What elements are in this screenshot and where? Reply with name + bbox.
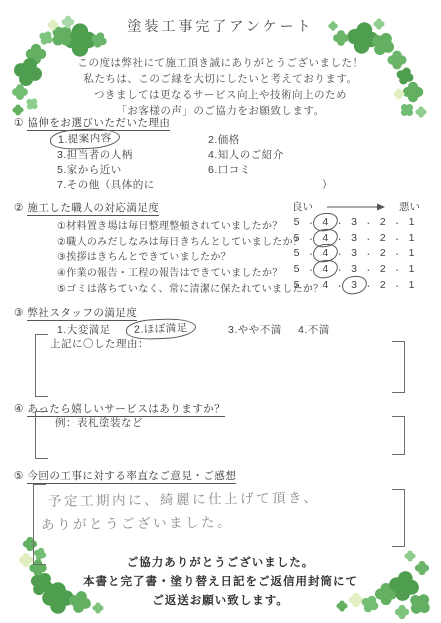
q1-option-5: 5.家から近い	[57, 162, 122, 177]
rating-value: 2	[376, 263, 389, 276]
rating-value: 2	[376, 247, 389, 260]
rating-scale: 5・4・3・2・1	[290, 232, 418, 245]
q3-option-4: 4.不満	[298, 322, 330, 337]
rating-value: 1	[405, 279, 418, 292]
rating-value-selected: 4	[319, 247, 332, 260]
handwritten-comment-line: ありがとうございました。	[41, 511, 233, 534]
scale-dot: ・	[363, 216, 373, 229]
bad-label: 悪い	[399, 199, 420, 214]
rating-value: 3	[348, 263, 361, 276]
rating-question: ⑤ゴミは落ちていなく、常に清潔に保たれていましたか？	[57, 280, 323, 295]
rating-value: 1	[405, 232, 418, 245]
rating-value-selected: 4	[319, 263, 332, 276]
scale-dot: ・	[363, 247, 373, 260]
handwritten-comment-line: 予定工期内に、綺麗に仕上げて頂き、	[48, 486, 320, 510]
rating-value-selected: 4	[319, 216, 332, 229]
answer-bracket-left	[35, 334, 48, 397]
rating-value: 5	[290, 232, 303, 245]
good-label: 良い	[292, 199, 313, 214]
scale-dot: ・	[392, 279, 402, 292]
q1-option-3: 3.担当者の人柄	[57, 147, 133, 162]
rating-value: 1	[405, 263, 418, 276]
rating-question: ②職人のみだしなみは毎日きちんとしていましたか？	[57, 233, 303, 248]
section-5-heading: ⑤ 今回の工事に対する率直なご意見・ご感想	[14, 468, 236, 483]
rating-value: 5	[290, 263, 303, 276]
q1-option-1: 1.提案内容	[57, 132, 113, 146]
q3-option-1: 1.大変満足	[57, 322, 111, 337]
rating-scale: 5・4・3・2・1	[290, 279, 418, 292]
rating-scale: 5・4・3・2・1	[290, 263, 418, 276]
section-2-heading: ② 施工した職人の対応満足度	[14, 200, 159, 215]
rating-value-selected: 3	[348, 279, 361, 292]
rating-scale: 5・4・3・2・1	[290, 216, 418, 229]
rating-value: 2	[376, 216, 389, 229]
scale-dot: ・	[363, 263, 373, 276]
section-4-number: ④	[14, 403, 24, 415]
rating-value: 2	[376, 279, 389, 292]
rating-value: 5	[290, 216, 303, 229]
scale-dot: ・	[392, 263, 402, 276]
q1-option-7: 7.その他（具体的に	[57, 177, 155, 192]
rating-value: 3	[348, 216, 361, 229]
rating-value: 1	[405, 216, 418, 229]
rating-scale: 5・4・3・2・1	[290, 247, 418, 260]
rating-value: 5	[290, 247, 303, 260]
rating-value: 1	[405, 247, 418, 260]
page-title: 塗装工事完了アンケート	[0, 16, 441, 36]
section-3-heading: ③ 弊社スタッフの満足度	[14, 305, 137, 320]
answer-bracket-right	[392, 341, 405, 393]
scale-dot: ・	[392, 247, 402, 260]
rating-value: 2	[376, 232, 389, 245]
section-1-number: ①	[14, 117, 24, 129]
scale-dot: ・	[306, 279, 316, 292]
intro-line: 私たちは、このご縁を大切にしたいと考えております。	[0, 71, 441, 87]
scale-dot: ・	[392, 216, 402, 229]
footer-line: ご協力ありがとうございました。	[0, 554, 441, 570]
q3-reason-label: 上記に〇した理由：	[50, 336, 149, 351]
rating-question: ①材料置き場は毎日整理整頓されていましたか？	[57, 217, 283, 232]
scale-dot: ・	[392, 232, 402, 245]
intro-line: この度は弊社にて施工頂き誠にありがとうございました！	[0, 55, 441, 71]
q1-option-2: 2.価格	[208, 132, 240, 147]
q1-other-close-paren: ）	[322, 177, 333, 192]
answer-bracket-right	[392, 416, 405, 455]
section-5-number: ⑤	[14, 470, 24, 482]
rating-question: ③挨拶はきちんとできていましたか？	[57, 248, 231, 263]
rating-scale-header: 良い 悪い	[292, 199, 420, 214]
rating-value: 4	[319, 279, 332, 292]
q1-option-6: 6.口コミ	[208, 162, 251, 177]
survey-sheet: 塗装工事完了アンケート この度は弊社にて施工頂き誠にありがとうございました！ 私…	[0, 0, 441, 623]
section-2-number: ②	[14, 202, 24, 214]
answer-bracket-right	[392, 489, 405, 547]
footer-line: ご返送お願い致します。	[0, 592, 441, 608]
rating-question: ④作業の報告・工程の報告はできていましたか？	[57, 264, 283, 279]
intro-line: つきましては更なるサービス向上や技術向上のため	[0, 87, 441, 103]
good-to-bad-arrow-icon	[327, 202, 385, 212]
q4-example: 例：表札塗装など	[55, 415, 143, 430]
q1-option-4: 4.知人のご紹介	[208, 147, 284, 162]
scale-dot: ・	[363, 232, 373, 245]
rating-value: 3	[348, 232, 361, 245]
intro-paragraph: この度は弊社にて施工頂き誠にありがとうございました！ 私たちは、このご縁を大切に…	[0, 55, 441, 119]
q3-option-3: 3.やや不満	[228, 322, 282, 337]
rating-value: 3	[348, 247, 361, 260]
section-3-number: ③	[14, 307, 24, 319]
rating-value: 5	[290, 279, 303, 292]
footer-line: 本書と完了書・塗り替え日記をご返信用封筒にて	[0, 573, 441, 589]
answer-bracket-left	[35, 411, 48, 459]
q3-option-2: 2.ほぼ満足	[133, 322, 189, 336]
